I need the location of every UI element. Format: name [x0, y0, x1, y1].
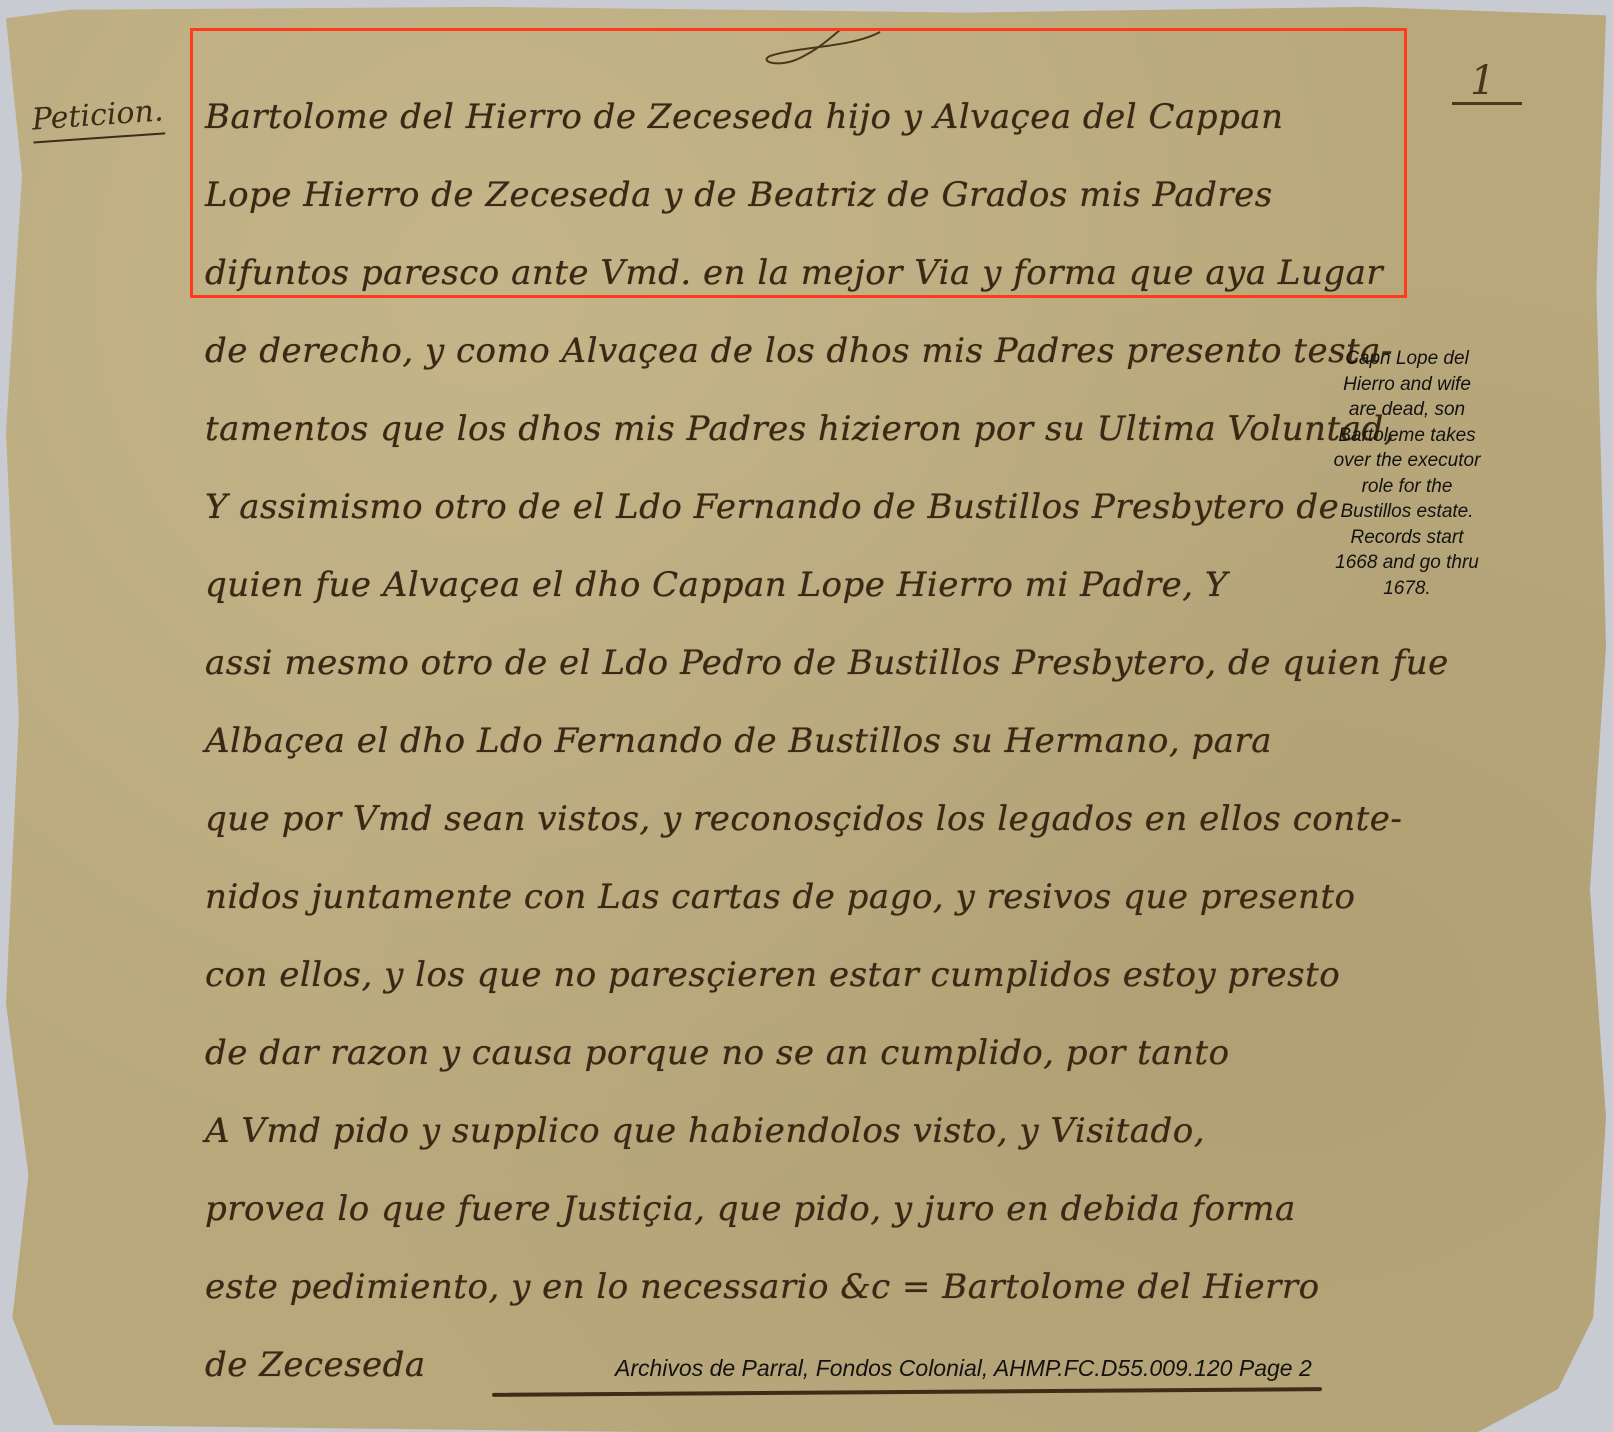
- manuscript-line: que por Vmd sean vistos, y reconosçidos …: [205, 780, 1325, 858]
- archive-citation: Archivos de Parral, Fondos Colonial, AHM…: [615, 1355, 1312, 1382]
- annotation-note: Capn Lope del Hierro and wife are dead, …: [1322, 346, 1492, 601]
- manuscript-line: con ellos, y los que no paresçieren esta…: [205, 936, 1325, 1014]
- manuscript-line: Lope Hierro de Zeceseda y de Beatriz de …: [205, 156, 1325, 234]
- manuscript-line: tamentos que los dhos mis Padres hiziero…: [205, 390, 1325, 468]
- manuscript-line: Albaçea el dho Ldo Fernando de Bustillos…: [205, 702, 1325, 780]
- annotation-line: Bartoleme takes: [1322, 423, 1492, 449]
- manuscript-line: quien fue Alvaçea el dho Cappan Lope Hie…: [205, 546, 1325, 624]
- annotation-line: Records start: [1322, 525, 1492, 551]
- manuscript-line: este pedimiento, y en lo necessario &c =…: [205, 1248, 1325, 1326]
- annotation-line: Bustillos estate.: [1322, 499, 1492, 525]
- folio-number: 1: [1470, 58, 1495, 104]
- annotation-line: 1668 and go thru: [1322, 550, 1492, 576]
- manuscript-line: provea lo que fuere Justiçia, que pido, …: [205, 1170, 1325, 1248]
- annotation-line: role for the: [1322, 474, 1492, 500]
- annotation-line: Capn Lope del: [1322, 346, 1492, 372]
- manuscript-line: assi mesmo otro de el Ldo Pedro de Busti…: [205, 624, 1325, 702]
- annotation-line: are dead, son: [1322, 397, 1492, 423]
- manuscript-text: Bartolome del Hierro de Zeceseda hijo y …: [205, 78, 1325, 1404]
- manuscript-line: Y assimismo otro de el Ldo Fernando de B…: [205, 468, 1325, 546]
- manuscript-line: A Vmd pido y supplico que habiendolos vi…: [205, 1092, 1325, 1170]
- annotation-line: 1678.: [1322, 576, 1492, 602]
- annotation-line: over the executor: [1322, 448, 1492, 474]
- manuscript-line: de derecho, y como Alvaçea de los dhos m…: [205, 312, 1325, 390]
- manuscript-line: nidos juntamente con Las cartas de pago,…: [205, 858, 1325, 936]
- manuscript-line: de dar razon y causa porque no se an cum…: [205, 1014, 1325, 1092]
- annotation-line: Hierro and wife: [1322, 372, 1492, 398]
- manuscript-line: difuntos paresco ante Vmd. en la mejor V…: [205, 234, 1325, 312]
- manuscript-line: Bartolome del Hierro de Zeceseda hijo y …: [205, 78, 1325, 156]
